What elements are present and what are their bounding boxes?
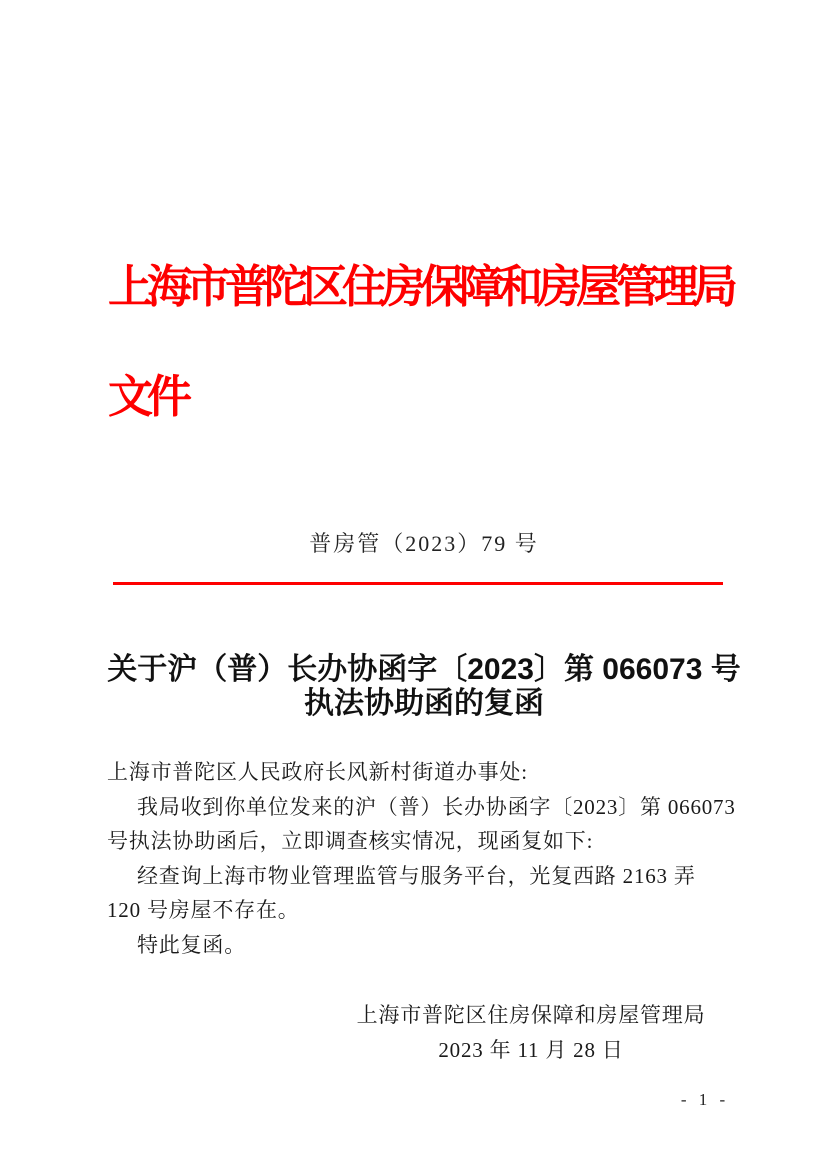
doc-title-line-1: 关于沪（普）长办协函字〔2023〕第 066073 号 — [107, 653, 741, 687]
body-line: 号执法协助函后，立即调查核实情况，现函复如下: — [107, 824, 747, 859]
document-page: 上海市普陀区住房保障和房屋管理局文件 普房管（2023）79 号 关于沪（普）长… — [0, 0, 826, 1169]
body-line: 特此复函。 — [107, 928, 747, 963]
red-separator-rule — [113, 582, 723, 585]
doc-title-line-2: 执法协助函的复函 — [107, 687, 741, 721]
doc-reference-number: 普房管（2023）79 号 — [107, 531, 741, 557]
body-line: 经查询上海市物业管理监管与服务平台，光复西路 2163 弄 — [107, 859, 747, 894]
body-line: 我局收到你单位发来的沪（普）长办协函字〔2023〕第 066073 — [107, 790, 747, 825]
recipient-line: 上海市普陀区人民政府长风新村街道办事处: — [107, 755, 747, 790]
page-number: - 1 - — [660, 1090, 750, 1110]
body-text: 上海市普陀区人民政府长风新村街道办事处: 我局收到你单位发来的沪（普）长办协函字… — [107, 755, 747, 962]
signature-block: 上海市普陀区住房保障和房屋管理局 2023 年 11 月 28 日 — [229, 998, 826, 1068]
body-line: 120 号房屋不存在。 — [107, 893, 747, 928]
letterhead-title: 上海市普陀区住房保障和房屋管理局文件 — [108, 232, 742, 452]
signature-org: 上海市普陀区住房保障和房屋管理局 — [229, 998, 826, 1033]
doc-title: 关于沪（普）长办协函字〔2023〕第 066073 号 执法协助函的复函 — [107, 653, 741, 721]
signature-date: 2023 年 11 月 28 日 — [229, 1033, 826, 1068]
